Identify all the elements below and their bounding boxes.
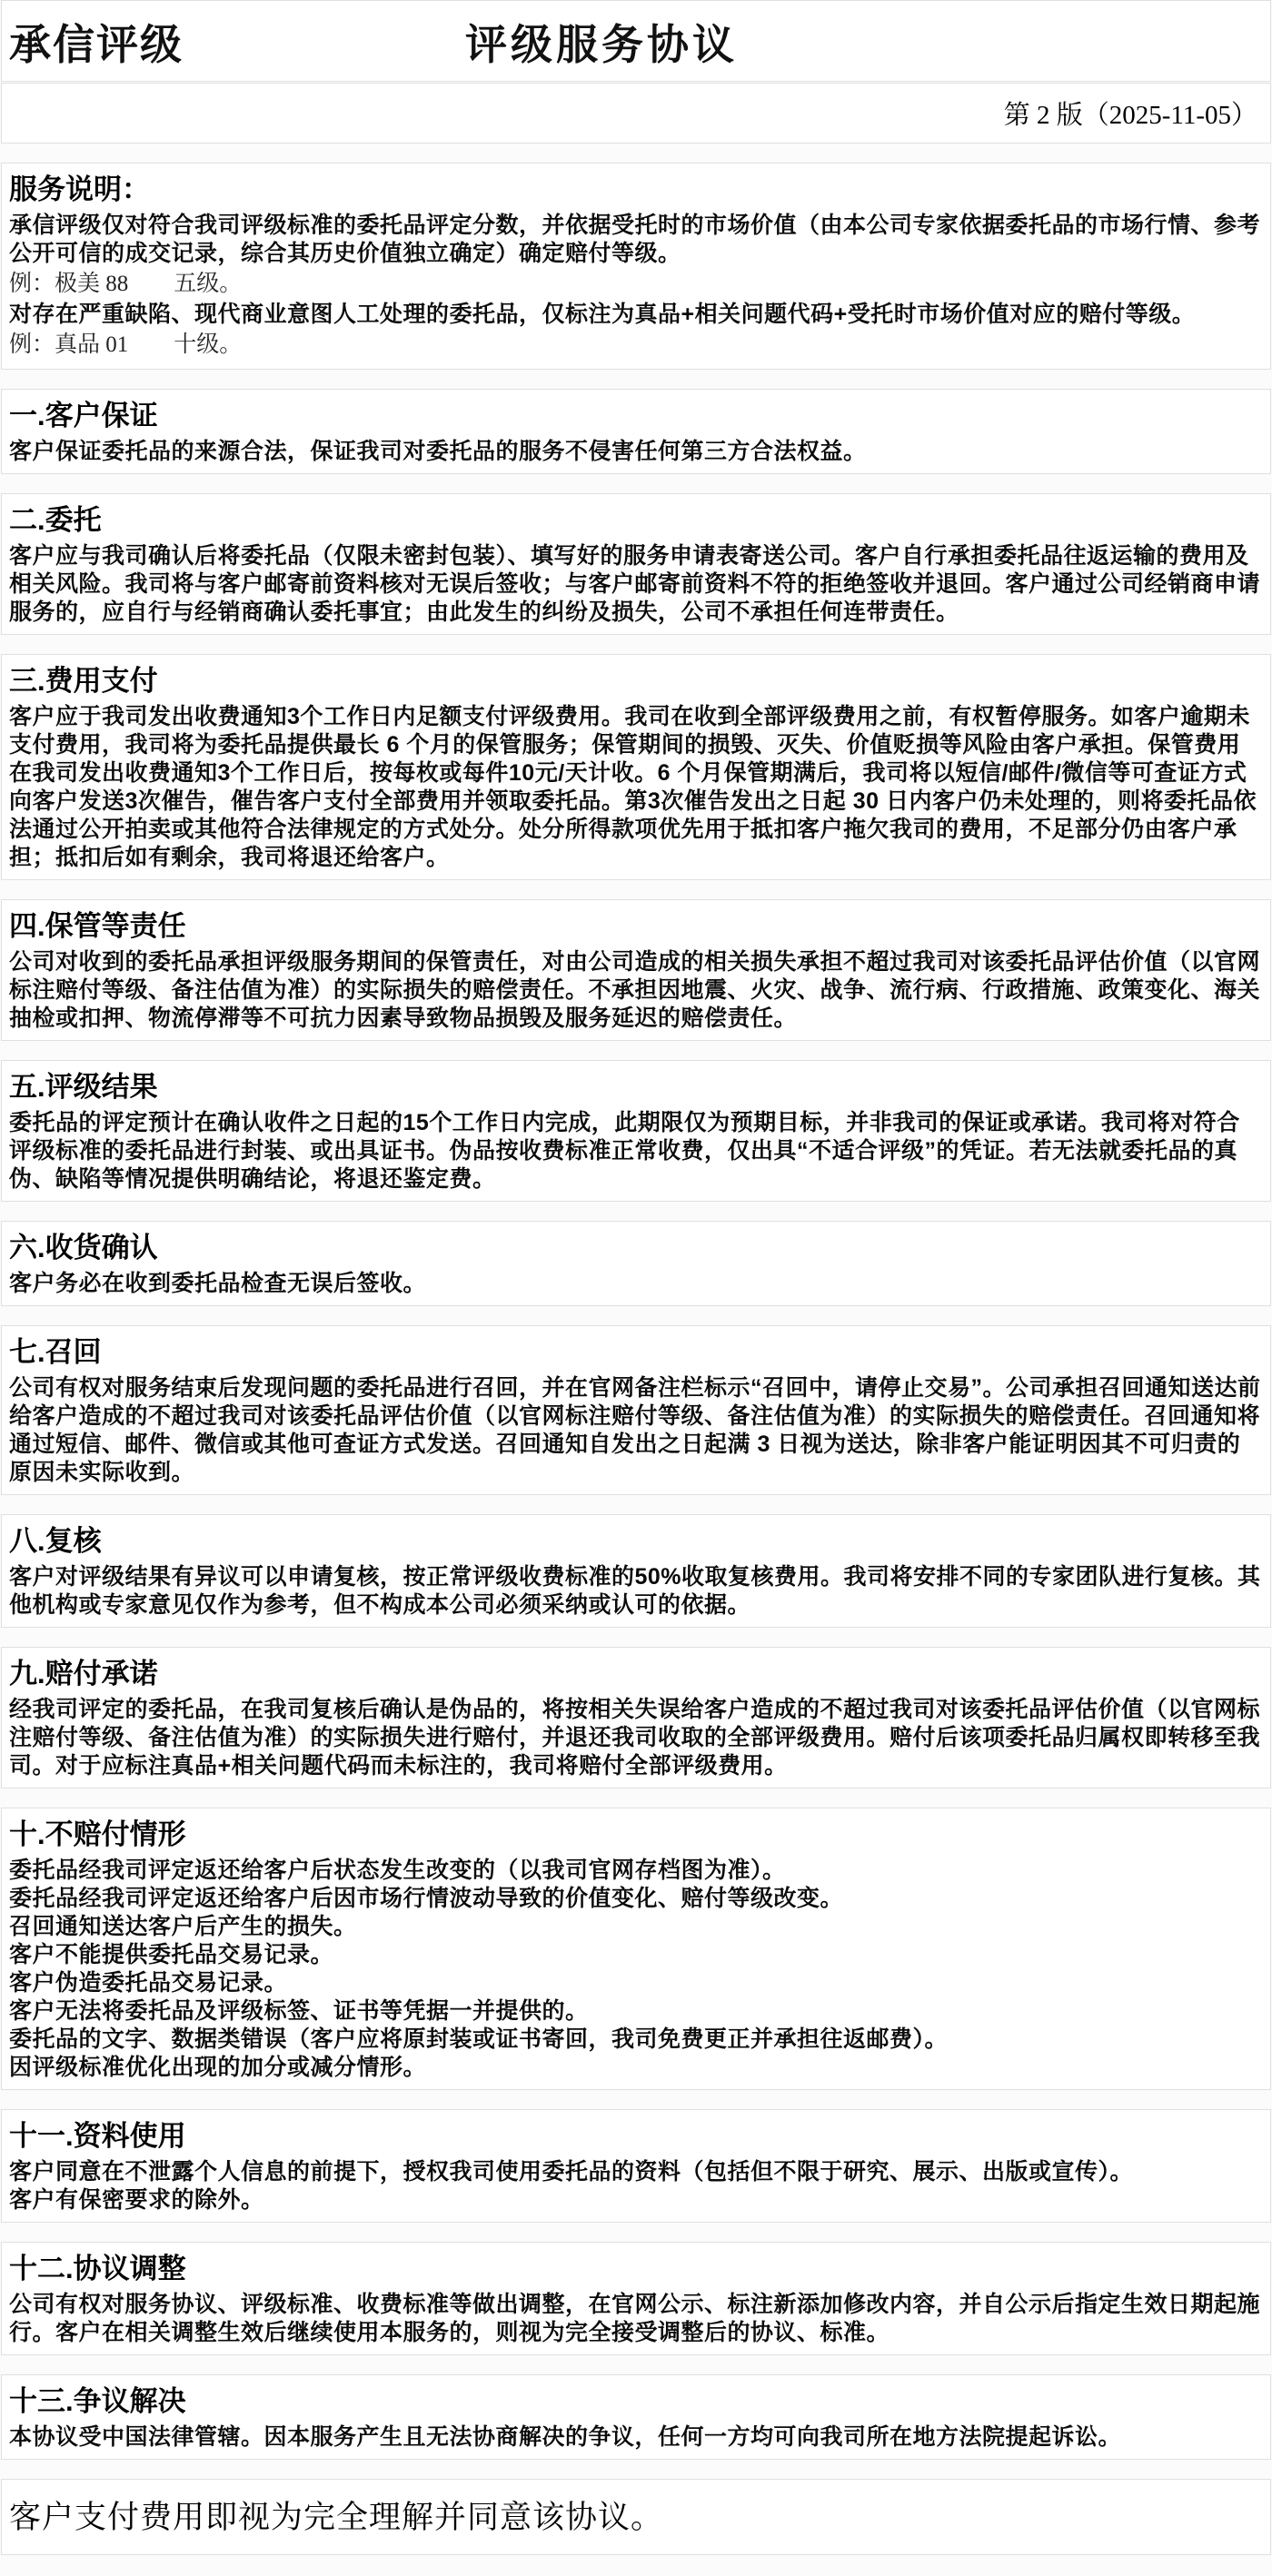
version-band: 第 2 版（2025-11-05） bbox=[1, 83, 1271, 144]
section-consignment: 二.委托 客户应与我司确认后将委托品（仅限未密封包装）、填写好的服务申请表寄送公… bbox=[1, 493, 1271, 635]
section-paragraph: 委托品的评定预计在确认收件之日起的15个工作日内完成，此期限仅为预期目标，并非我… bbox=[9, 1109, 1261, 1194]
section-paragraph: 客户不能提供委托品交易记录。 bbox=[9, 1941, 1261, 1969]
section-rating-result: 五.评级结果 委托品的评定预计在确认收件之日起的15个工作日内完成，此期限仅为预… bbox=[1, 1060, 1271, 1202]
section-title: 八.复核 bbox=[9, 1524, 1261, 1559]
section-paragraph: 召回通知送达客户后产生的损失。 bbox=[9, 1913, 1261, 1941]
section-paragraph: 客户应于我司发出收费通知3个工作日内足额支付评级费用。我司在收到全部评级费用之前… bbox=[9, 703, 1261, 872]
section-title: 三.费用支付 bbox=[9, 664, 1261, 698]
section-paragraph: 本协议受中国法律管辖。因本服务产生且无法协商解决的争议，任何一方均可向我司所在地… bbox=[9, 2423, 1261, 2452]
section-custody-liability: 四.保管等责任 公司对收到的委托品承担评级服务期间的保管责任，对由公司造成的相关… bbox=[1, 899, 1271, 1041]
section-title: 一.客户保证 bbox=[9, 399, 1261, 433]
section-paragraph: 经我司评定的委托品，在我司复核后确认是伪品的，将按相关失误给客户造成的不超过我司… bbox=[9, 1696, 1261, 1780]
section-paragraph: 客户保证委托品的来源合法，保证我司对委托品的服务不侵害任何第三方合法权益。 bbox=[9, 438, 1261, 466]
footer-note: 客户支付费用即视为完全理解并同意该协议。 bbox=[9, 2500, 663, 2535]
section-title: 七.召回 bbox=[9, 1335, 1261, 1370]
section-agreement-adjustment: 十二.协议调整 公司有权对服务协议、评级标准、收费标准等做出调整，在官网公示、标… bbox=[1, 2242, 1271, 2355]
section-paragraph: 客户应与我司确认后将委托品（仅限未密封包装）、填写好的服务申请表寄送公司。客户自… bbox=[9, 542, 1261, 627]
section-paragraph: 客户对评级结果有异议可以申请复核，按正常评级收费标准的50%收取复核费用。我司将… bbox=[9, 1563, 1261, 1620]
intro-heading: 服务说明： bbox=[9, 173, 1261, 207]
section-paragraph: 因评级标准优化出现的加分或减分情形。 bbox=[9, 2054, 1261, 2082]
brand-name: 承信评级 bbox=[9, 12, 184, 72]
section-paragraph: 客户无法将委托品及评级标签、证书等凭据一并提供的。 bbox=[9, 1997, 1261, 2026]
section-paragraph: 委托品的文字、数据类错误（客户应将原封装或证书寄回，我司免费更正并承担往返邮费）… bbox=[9, 2026, 1261, 2054]
section-title: 十一.资料使用 bbox=[9, 2119, 1261, 2154]
section-fee-payment: 三.费用支付 客户应于我司发出收费通知3个工作日内足额支付评级费用。我司在收到全… bbox=[1, 654, 1271, 880]
intro-paragraph: 承信评级仅对符合我司评级标准的委托品评定分数，并依据受托时的市场价值（由本公司专… bbox=[9, 212, 1261, 268]
section-title: 九.赔付承诺 bbox=[9, 1657, 1261, 1691]
section-material-use: 十一.资料使用 客户同意在不泄露个人信息的前提下，授权我司使用委托品的资料（包括… bbox=[1, 2109, 1271, 2223]
section-review: 八.复核 客户对评级结果有异议可以申请复核，按正常评级收费标准的50%收取复核费… bbox=[1, 1514, 1271, 1628]
section-paragraph: 客户有保密要求的除外。 bbox=[9, 2186, 1261, 2214]
footer-band: 客户支付费用即视为完全理解并同意该协议。 bbox=[1, 2479, 1271, 2555]
section-receipt-confirmation: 六.收货确认 客户务必在收到委托品检查无误后签收。 bbox=[1, 1221, 1271, 1306]
section-dispute-resolution: 十三.争议解决 本协议受中国法律管辖。因本服务产生且无法协商解决的争议，任何一方… bbox=[1, 2374, 1271, 2460]
intro-example: 例：极美 88 五级。 bbox=[9, 270, 1261, 298]
section-title: 十.不赔付情形 bbox=[9, 1818, 1261, 1852]
section-customer-guarantee: 一.客户保证 客户保证委托品的来源合法，保证我司对委托品的服务不侵害任何第三方合… bbox=[1, 389, 1271, 474]
intro-section: 服务说明： 承信评级仅对符合我司评级标准的委托品评定分数，并依据受托时的市场价值… bbox=[1, 163, 1271, 370]
section-paragraph: 公司对收到的委托品承担评级服务期间的保管责任，对由公司造成的相关损失承担不超过我… bbox=[9, 948, 1261, 1033]
section-paragraph: 客户伪造委托品交易记录。 bbox=[9, 1969, 1261, 1997]
section-title: 六.收货确认 bbox=[9, 1231, 1261, 1265]
section-title: 五.评级结果 bbox=[9, 1070, 1261, 1105]
section-paragraph: 公司有权对服务协议、评级标准、收费标准等做出调整，在官网公示、标注新添加修改内容… bbox=[9, 2291, 1261, 2347]
section-paragraph: 客户务必在收到委托品检查无误后签收。 bbox=[9, 1270, 1261, 1298]
intro-paragraph: 对存在严重缺陷、现代商业意图人工处理的委托品，仅标注为真品+相关问题代码+受托时… bbox=[9, 301, 1261, 329]
section-title: 十三.争议解决 bbox=[9, 2384, 1261, 2419]
section-compensation-promise: 九.赔付承诺 经我司评定的委托品，在我司复核后确认是伪品的，将按相关失误给客户造… bbox=[1, 1647, 1271, 1788]
section-paragraph: 公司有权对服务结束后发现问题的委托品进行召回，并在官网备注栏标示“召回中，请停止… bbox=[9, 1374, 1261, 1487]
page-header: 承信评级 评级服务协议 bbox=[1, 0, 1271, 82]
document-title: 评级服务协议 bbox=[465, 12, 738, 72]
version-text: 第 2 版（2025-11-05） bbox=[1004, 101, 1257, 130]
section-paragraph: 委托品经我司评定返还给客户后状态发生改变的（以我司官网存档图为准）。 bbox=[9, 1857, 1261, 1885]
section-no-compensation-cases: 十.不赔付情形 委托品经我司评定返还给客户后状态发生改变的（以我司官网存档图为准… bbox=[1, 1808, 1271, 2090]
section-title: 四.保管等责任 bbox=[9, 909, 1261, 944]
intro-example: 例：真品 01 十级。 bbox=[9, 331, 1261, 359]
section-paragraph: 客户同意在不泄露个人信息的前提下，授权我司使用委托品的资料（包括但不限于研究、展… bbox=[9, 2158, 1261, 2186]
section-recall: 七.召回 公司有权对服务结束后发现问题的委托品进行召回，并在官网备注栏标示“召回… bbox=[1, 1325, 1271, 1495]
section-paragraph: 委托品经我司评定返还给客户后因市场行情波动导致的价值变化、赔付等级改变。 bbox=[9, 1885, 1261, 1913]
section-title: 十二.协议调整 bbox=[9, 2252, 1261, 2286]
section-title: 二.委托 bbox=[9, 503, 1261, 538]
